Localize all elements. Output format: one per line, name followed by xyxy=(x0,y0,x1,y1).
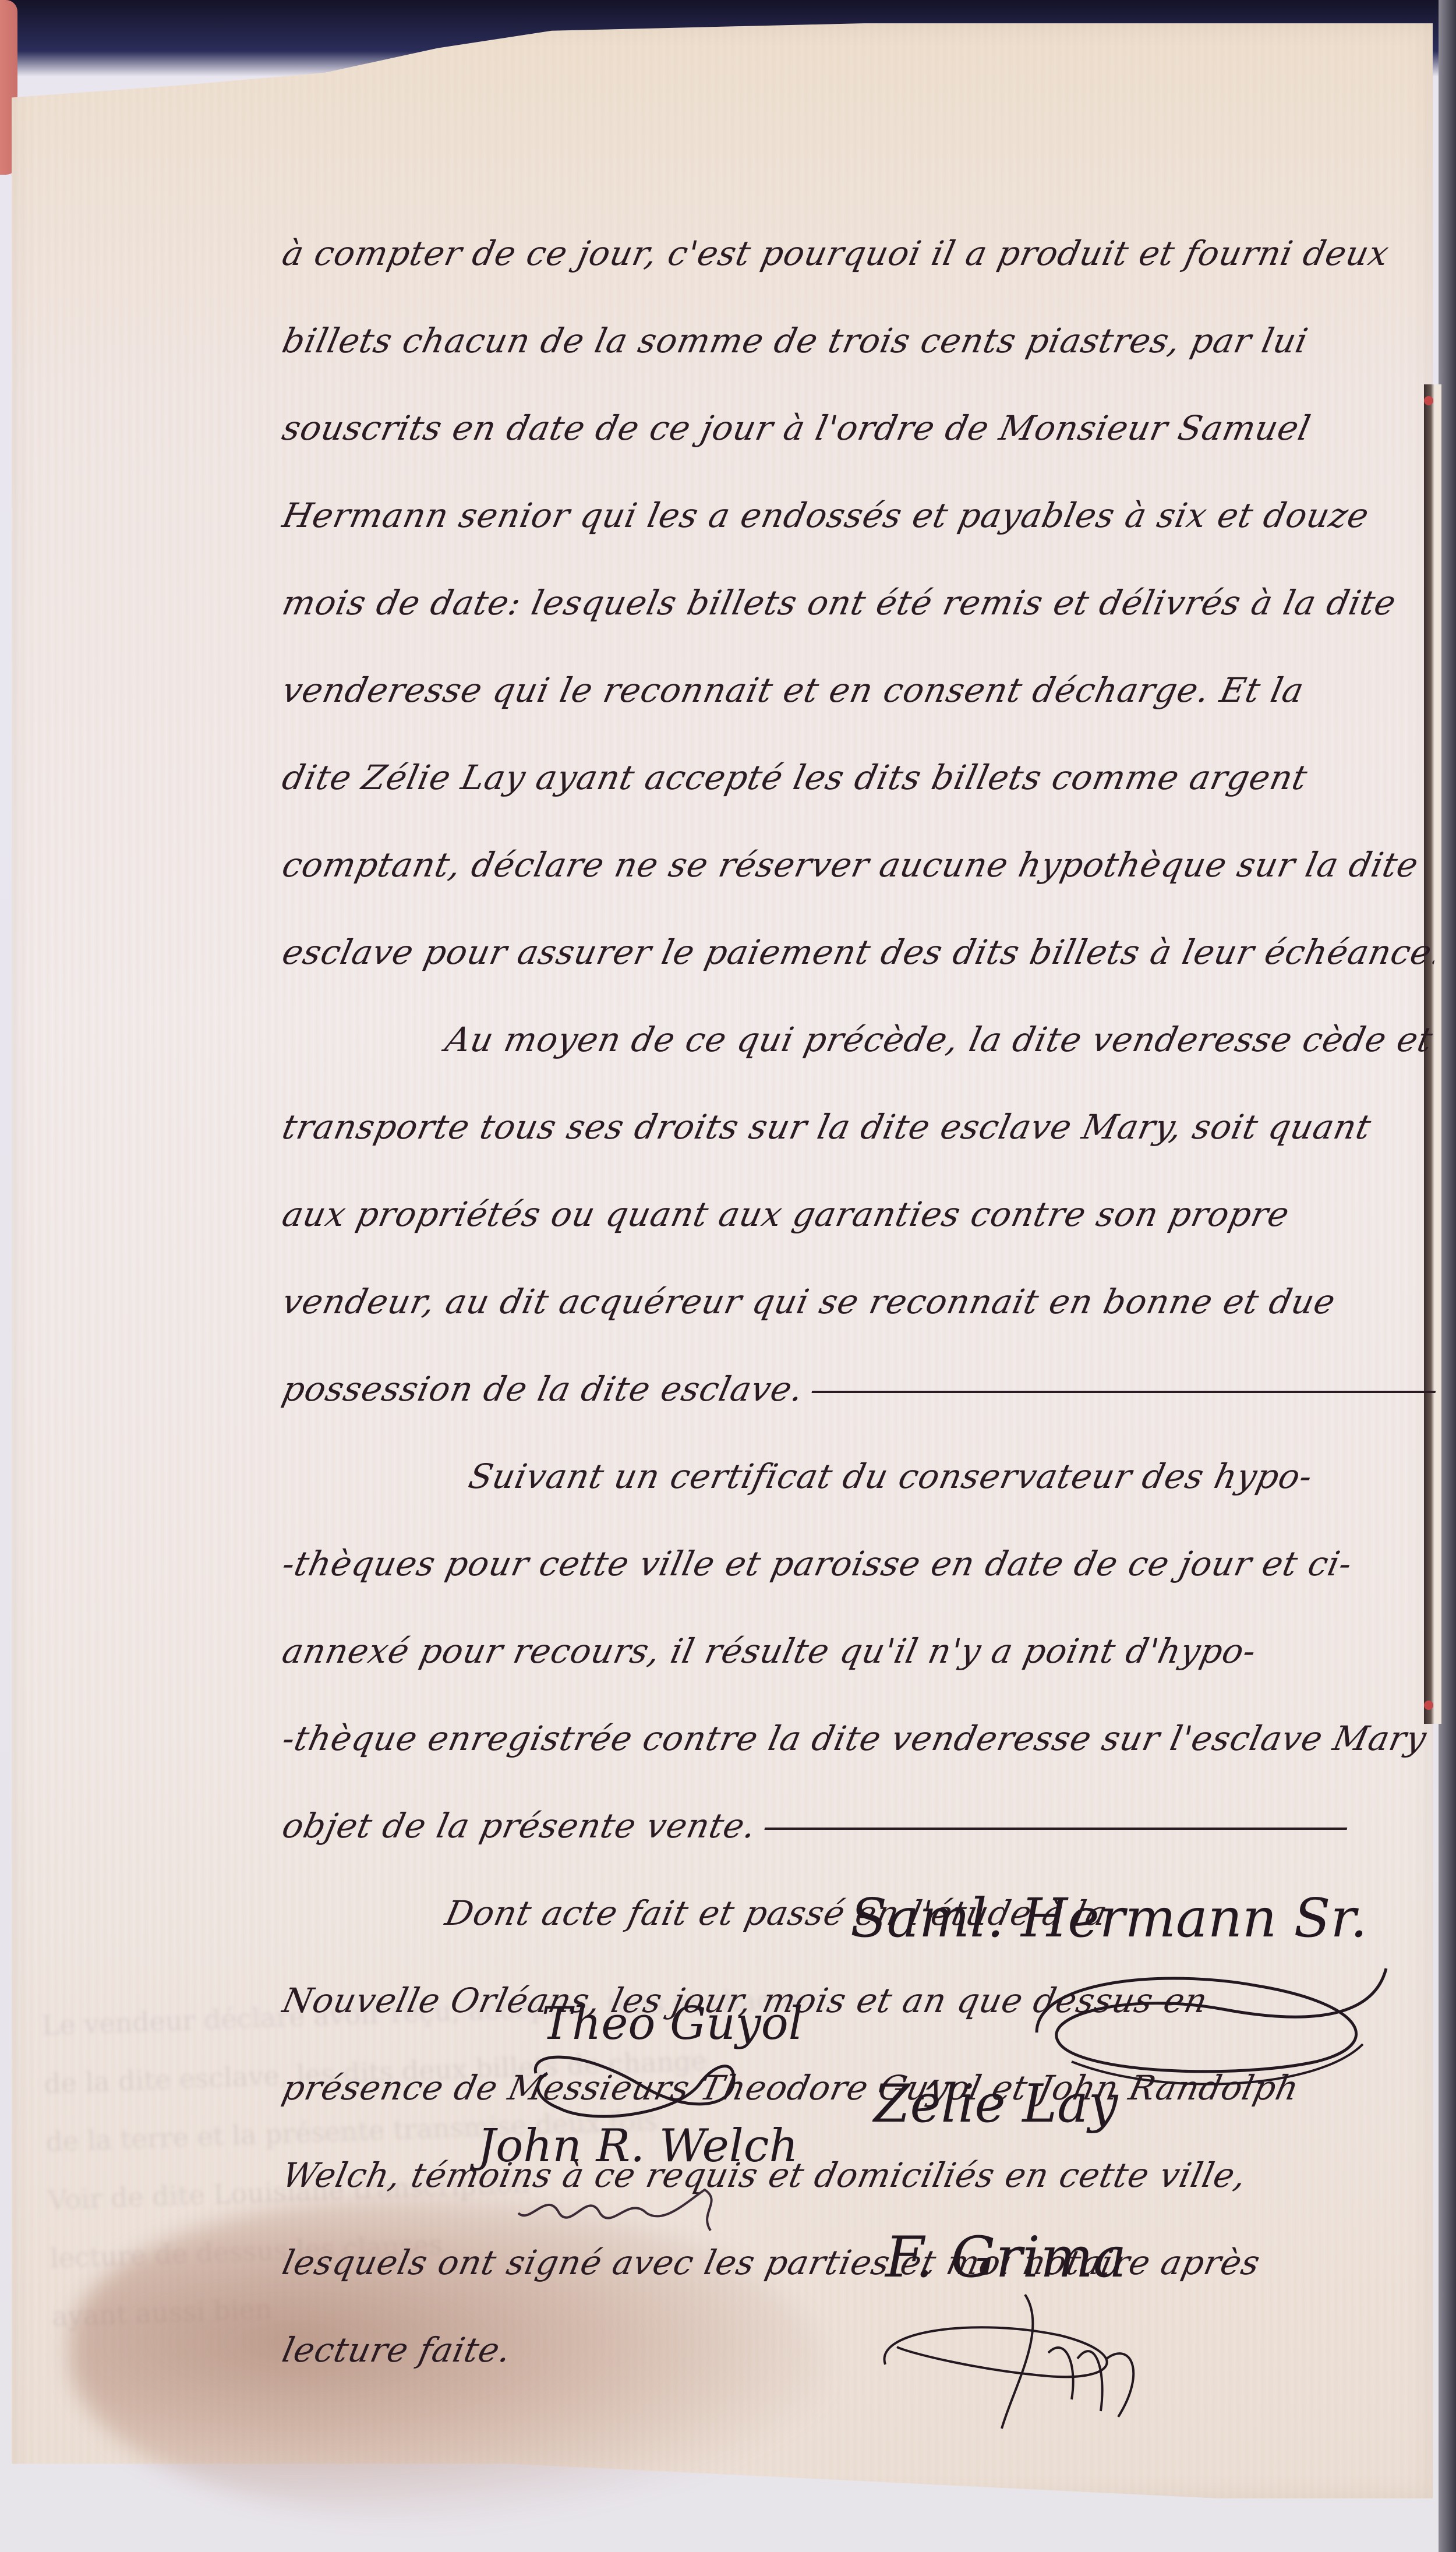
photo-scene: Le vendeur déclare avoir reçu, acceptée,… xyxy=(0,0,1456,2552)
signature-grima: F. Grima xyxy=(885,2225,1126,2290)
text-line: esclave pour assurer le paiement des dit… xyxy=(274,909,1446,996)
text-line: comptant, déclare ne se réserver aucune … xyxy=(274,821,1446,909)
text-line: vendeur, au dit acquéreur qui se reconna… xyxy=(274,1258,1446,1345)
text-line: billets chacun de la somme de trois cent… xyxy=(274,297,1446,384)
text-line: venderesse qui le reconnait et en consen… xyxy=(274,646,1446,734)
text-line-with-rule: possession de la dite esclave. xyxy=(274,1345,1446,1433)
line-filler-rule xyxy=(764,1828,1347,1830)
text-line: lesquels ont signé avec les parties et m… xyxy=(274,2219,1446,2306)
signature-welch: John R. Welch xyxy=(478,2120,798,2172)
line-filler-rule xyxy=(812,1391,1446,1393)
signature-flourish-notary xyxy=(874,2283,1200,2434)
signature-flourish-welch xyxy=(513,2178,734,2236)
text-line: Hermann senior qui les a endossés et pay… xyxy=(274,472,1446,559)
text-line-with-rule: objet de la présente vente. xyxy=(274,1782,1446,1869)
text-line: lecture faite. xyxy=(274,2306,1446,2394)
text-line: Welch, témoins à ce requis et domiciliés… xyxy=(274,2132,1446,2219)
signature-hermann: Saml. Hermann Sr. xyxy=(850,1887,1367,1949)
text-line: Suivant un certificat du conservateur de… xyxy=(274,1433,1446,1520)
signature-guyol: Theo Guyol xyxy=(542,1998,803,2050)
text-line: mois de date: lesquels billets ont été r… xyxy=(274,559,1446,646)
text-line: à compter de ce jour, c'est pourquoi il … xyxy=(274,210,1446,297)
text-line: -thèque enregistrée contre la dite vende… xyxy=(274,1695,1446,1782)
signature-flourish-guyol xyxy=(524,2050,745,2132)
text-line: aux propriétés ou quant aux garanties co… xyxy=(274,1171,1446,1258)
text-line: Au moyen de ce qui précède, la dite vend… xyxy=(274,996,1446,1083)
text-line: dite Zélie Lay ayant accepté les dits bi… xyxy=(274,734,1446,821)
text-line: transporte tous ses droits sur la dite e… xyxy=(274,1083,1446,1171)
text-line: -thèques pour cette ville et paroisse en… xyxy=(274,1520,1446,1607)
signature-lay: Zélie Lay xyxy=(874,2073,1118,2134)
text-line: souscrits en date de ce jour à l'ordre d… xyxy=(274,384,1446,472)
text-line: annexé pour recours, il résulte qu'il n'… xyxy=(274,1607,1446,1695)
